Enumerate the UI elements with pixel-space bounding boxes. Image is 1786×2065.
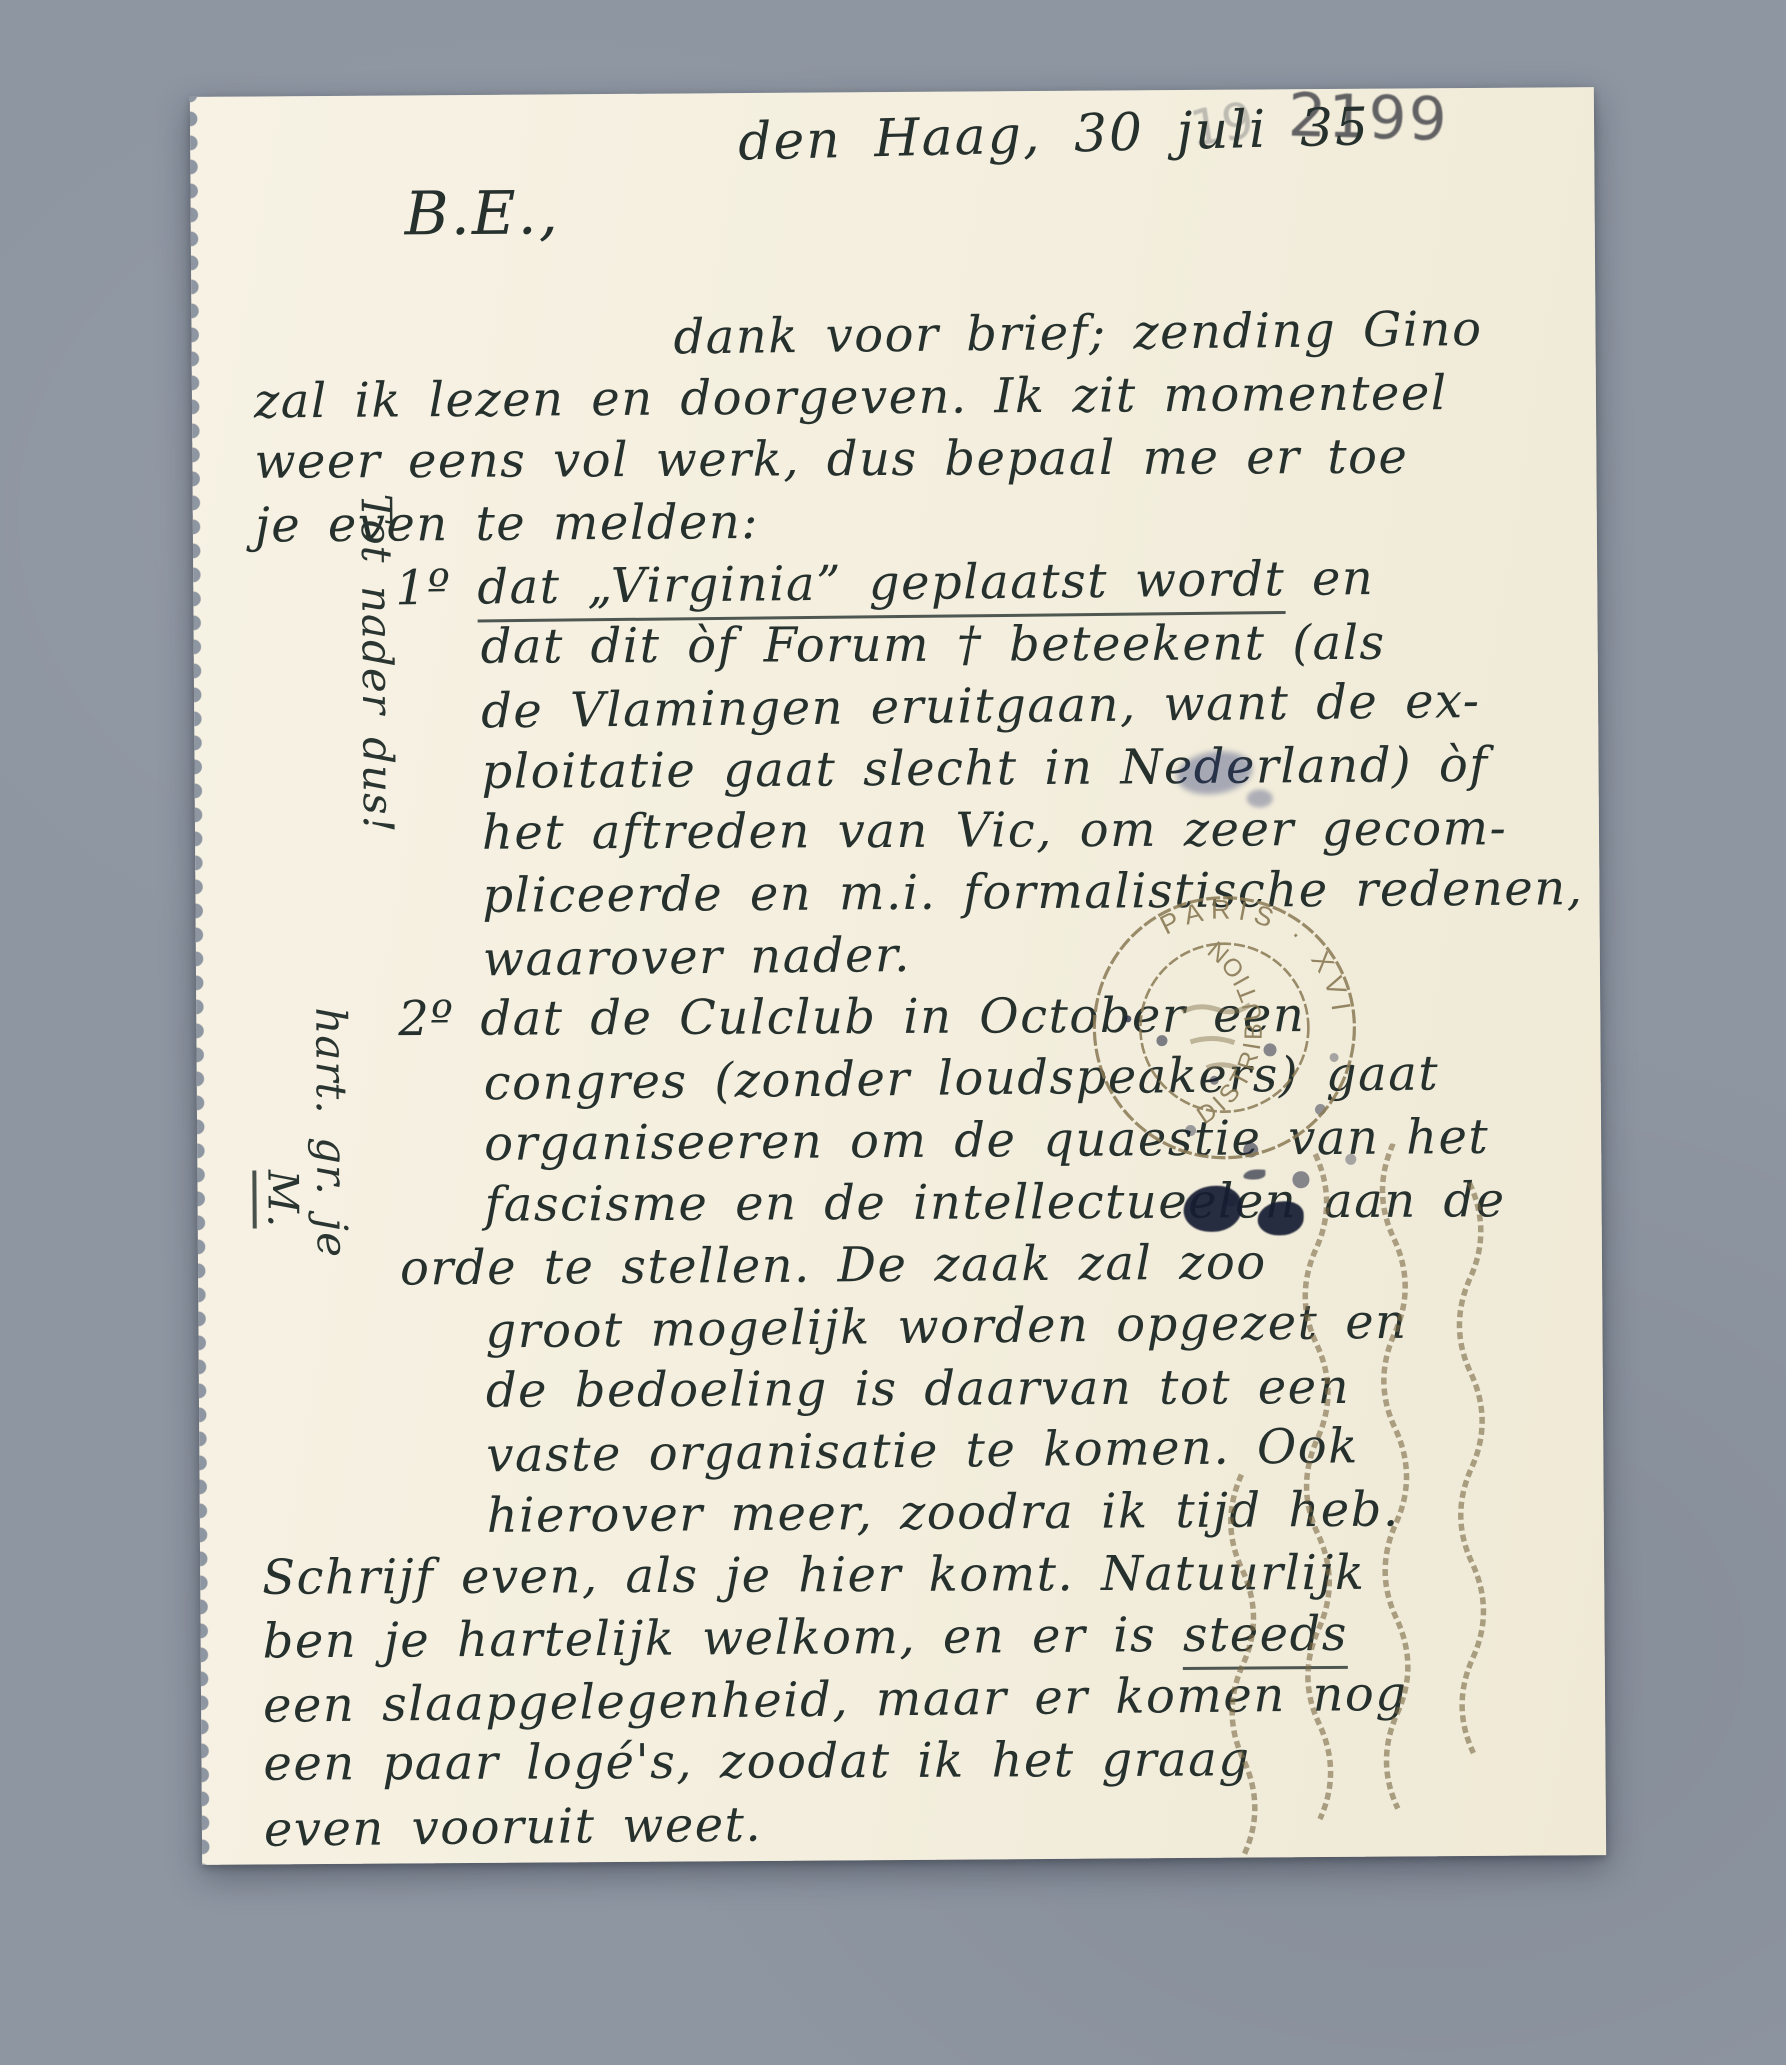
svg-text:DISTRIBUTION: DISTRIBUTION: [1191, 932, 1269, 1130]
letter-line: de Vlamingen eruitgaan, want de ex-: [256, 669, 1585, 745]
letter-line: dat dit òf Forum † beteekent (als: [256, 611, 1584, 679]
letter-line: ploitatie gaat slecht in Nederland) òf: [256, 733, 1584, 804]
letter-line: congres (zonder loudspeakers) gaat: [258, 1041, 1587, 1117]
paris-postmark-stamp: PARIS · XVI DISTRIBUTION: [1068, 872, 1380, 1184]
letter-line: pliceerde en m.i. formalistische redenen…: [257, 857, 1585, 928]
ink-smudge: [1247, 789, 1273, 807]
scan-background: 19 2199 den Haag, 30 juli 35 B.E., dank …: [0, 0, 1786, 2065]
margin-note: Tot nader dus! hart. gr. je M.: [254, 493, 407, 1284]
letter-line: 2ºdat de Culclub in October een: [258, 983, 1586, 1051]
letter-line: het aftreden van Vic, om zeer gecom-: [257, 797, 1585, 865]
letter-line: 1ºdat „Virginia” geplaatst wordt en: [255, 545, 1584, 621]
list-marker: 2º: [398, 988, 454, 1050]
letter-line: dank voor brief; zending Gino: [253, 297, 1582, 373]
signature: M.: [252, 1170, 307, 1229]
letter-line: je even te melden:: [255, 485, 1583, 556]
margin-note-line: M.: [254, 494, 309, 1284]
perforated-edge: [190, 87, 212, 1865]
margin-note-line: hart. gr. je: [303, 494, 358, 1284]
postmark-ring-text-left: DISTRIBUTION: [1191, 932, 1269, 1130]
salutation: B.E.,: [404, 178, 560, 249]
letter-line: weer eens vol werk, dus bepaal me er toe: [254, 425, 1582, 493]
letter-line: zal ik lezen en doorgeven. Ik zit moment…: [254, 361, 1582, 432]
letter-card: 19 2199 den Haag, 30 juli 35 B.E., dank …: [190, 87, 1606, 1865]
list-marker: 1º: [395, 557, 452, 620]
margin-note-line: Tot nader dus!: [352, 493, 407, 1283]
date-line: den Haag, 30 juli 35: [737, 97, 1370, 172]
letter-line: waarover nader.: [258, 917, 1587, 993]
cancellation-wavy-lines: [1217, 1142, 1552, 1864]
